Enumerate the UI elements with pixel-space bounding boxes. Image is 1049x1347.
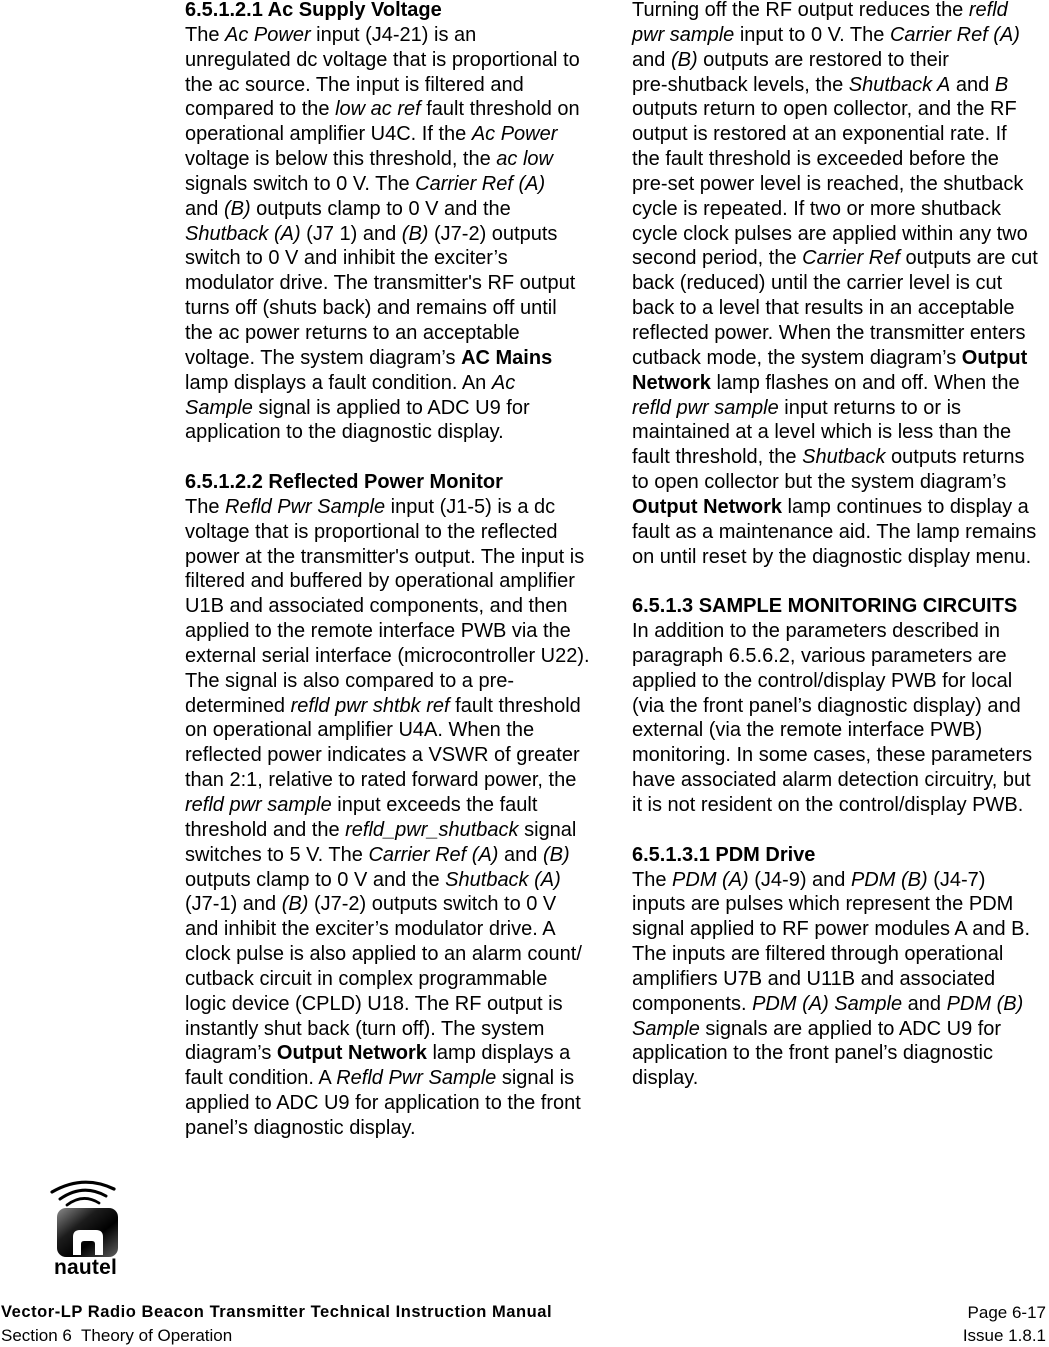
footer-section-line: Section 6 Theory of Operation <box>1 1324 552 1347</box>
nautel-logo: nautel <box>50 1176 122 1278</box>
section-heading: 6.5.1.3 SAMPLE MONITORING CIRCUITS <box>632 594 1049 619</box>
paragraph: The Ac Power input (J4-21) is anunregula… <box>185 23 630 445</box>
footer-manual-title: Vector-LP Radio Beacon Transmitter Techn… <box>1 1301 552 1324</box>
paragraph: Turning off the RF output reduces the re… <box>632 0 1049 569</box>
paragraph: In addition to the parameters described … <box>632 619 1049 818</box>
right-column: Turning off the RF output reduces the re… <box>632 0 1049 1091</box>
paragraph: The PDM (A) (J4-9) and PDM (B) (J4-7)inp… <box>632 868 1049 1092</box>
left-column: 6.5.1.2.1 Ac Supply VoltageThe Ac Power … <box>185 0 630 1141</box>
radio-waves-icon <box>52 1182 114 1205</box>
manual-page: { "columns": { "left": { "blocks": [ { "… <box>0 0 1049 1347</box>
footer-issue: Issue 1.8.1 <box>963 1324 1046 1347</box>
section-heading: 6.5.1.2.1 Ac Supply Voltage <box>185 0 630 23</box>
section-heading: 6.5.1.2.2 Reflected Power Monitor <box>185 470 630 495</box>
footer-right: Page 6-17 Issue 1.8.1 <box>963 1301 1046 1347</box>
paragraph: The Refld Pwr Sample input (J1-5) is a d… <box>185 495 630 1141</box>
footer-left: Vector-LP Radio Beacon Transmitter Techn… <box>1 1301 552 1347</box>
nautel-n-mark-icon <box>57 1208 118 1257</box>
footer-page-number: Page 6-17 <box>963 1301 1046 1324</box>
nautel-logo-graphic: nautel <box>50 1176 122 1278</box>
section-heading: 6.5.1.3.1 PDM Drive <box>632 843 1049 868</box>
nautel-wordmark: nautel <box>54 1256 117 1278</box>
